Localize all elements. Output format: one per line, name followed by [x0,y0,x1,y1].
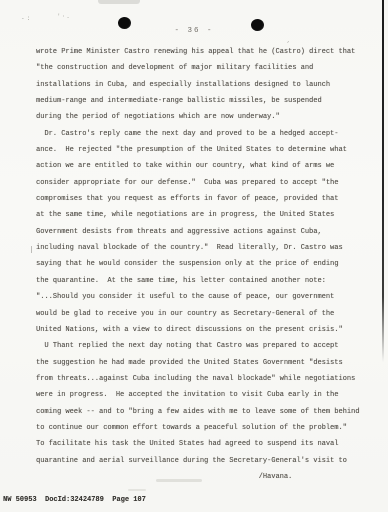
pencil-mark-left: -: [21,15,32,22]
document-line: United Nations, with a view to direct di… [36,322,376,338]
document-line: Dr. Castro's reply came the next day and… [36,126,376,142]
document-line: including naval blockade of the country.… [36,240,376,256]
document-line: Government desists from threats and aggr… [36,224,376,240]
document-line: /Havana. [36,469,376,485]
document-line: wrote Prime Minister Castro renewing his… [36,44,376,60]
document-line: action we are entitled to take within ou… [36,158,376,174]
document-line: "the construction and development of maj… [36,60,376,76]
scan-smudge-bottom-small [128,489,146,491]
page-number: - 36 - [0,27,388,35]
document-line: were in progress. He accepted the invita… [36,387,376,403]
document-line: the quarantine. At the same time, his le… [36,273,376,289]
document-line: saying that he would consider the suspen… [36,256,376,272]
document-line: consider appropriate for our defense." C… [36,175,376,191]
pencil-mark-right: '·. [57,13,71,20]
document-line: to continue our common effort towards a … [36,420,376,436]
document-line: compromises that you request as efforts … [36,191,376,207]
document-line: from threats...against Cuba including th… [36,371,376,387]
document-line: ance. He rejected "the presumption of th… [36,142,376,158]
scan-smudge-top [98,0,140,4]
scan-edge-line [382,0,384,362]
document-line: "...Should you consider it useful to the… [36,289,376,305]
document-line: coming week -- and to "bring a few aides… [36,404,376,420]
margin-tick-mark [31,246,32,253]
document-line: medium-range and intermediate-range ball… [36,93,376,109]
scanned-document-page: -: '·. - 36 - ´ wrote Prime Minister Cas… [0,0,388,512]
scan-smudge-bottom [156,479,202,482]
document-body-text: wrote Prime Minister Castro renewing his… [36,44,376,485]
document-line: during the period of negotiations which … [36,109,376,125]
document-line: at the same time, while negotiations are… [36,207,376,223]
document-line: quarantine and aerial surveillance durin… [36,453,376,469]
document-line: installations in Cuba, and especially in… [36,77,376,93]
document-line: would be glad to receive you in our coun… [36,306,376,322]
document-line: To facilitate his task the United States… [36,436,376,452]
document-line: U Thant replied the next day noting that… [36,338,376,354]
archive-footer-id: NW 50953 DocId:32424789 Page 107 [3,496,146,504]
document-line: the suggestion he had made provided the … [36,355,376,371]
